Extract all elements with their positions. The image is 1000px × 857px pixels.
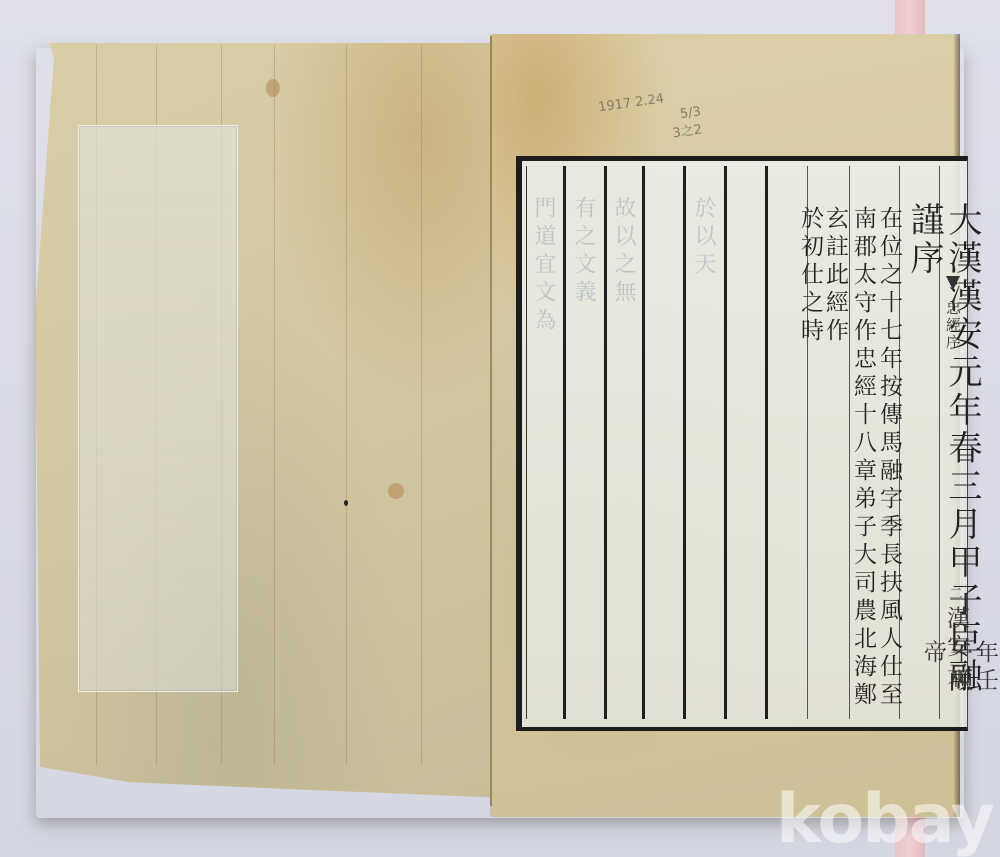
paper-ruling (421, 45, 422, 765)
column-rule (563, 166, 566, 719)
commentary-line: 南郡太守作忠經十八章弟子大司農北海鄭 (850, 206, 876, 710)
paper-ruling (274, 45, 275, 765)
column-rule (765, 166, 768, 719)
commentary-line: 玄註此經作 (822, 206, 848, 346)
bleed-through-text: 故以之無 (615, 196, 639, 308)
stain-spot (266, 79, 280, 97)
left-page-worn-edge (26, 43, 36, 805)
book-spine (490, 36, 492, 806)
watermark: kobay (776, 780, 993, 857)
bleed-through-text: 門道宜文為 (535, 196, 559, 336)
paper-ruling (346, 45, 347, 765)
fold-title-text: 忠經序 (944, 300, 962, 351)
left-page (26, 43, 492, 805)
bleed-through-text: 於以天 (695, 196, 719, 280)
fold-title: 忠經序 (943, 276, 964, 351)
commentary-line: 於初仕之時 (797, 206, 823, 346)
ink-dot (344, 500, 348, 506)
fishtail-mark-icon (946, 276, 960, 290)
text-block: 門道宜文為 有之文義 故以之無 於以天 大漢漢安元年春三月甲子臣融謹序 漢安元 … (526, 166, 967, 719)
stain-spot (388, 483, 404, 499)
bleed-through-text: 有之文義 (575, 196, 599, 308)
column-rule (724, 166, 727, 719)
column-rule (604, 166, 607, 719)
inline-note-line: 年壬午順帝 (920, 640, 998, 719)
page-number: 二 (945, 586, 965, 600)
column-rule (642, 166, 645, 719)
commentary-line: 在位之十七年按傳馬融字季長扶風人仕至 (876, 206, 902, 710)
column-rule (683, 166, 686, 719)
printed-text-frame: 門道宜文為 有之文義 故以之無 於以天 大漢漢安元年春三月甲子臣融謹序 漢安元 … (516, 156, 968, 731)
translucent-protective-slip (78, 125, 238, 692)
